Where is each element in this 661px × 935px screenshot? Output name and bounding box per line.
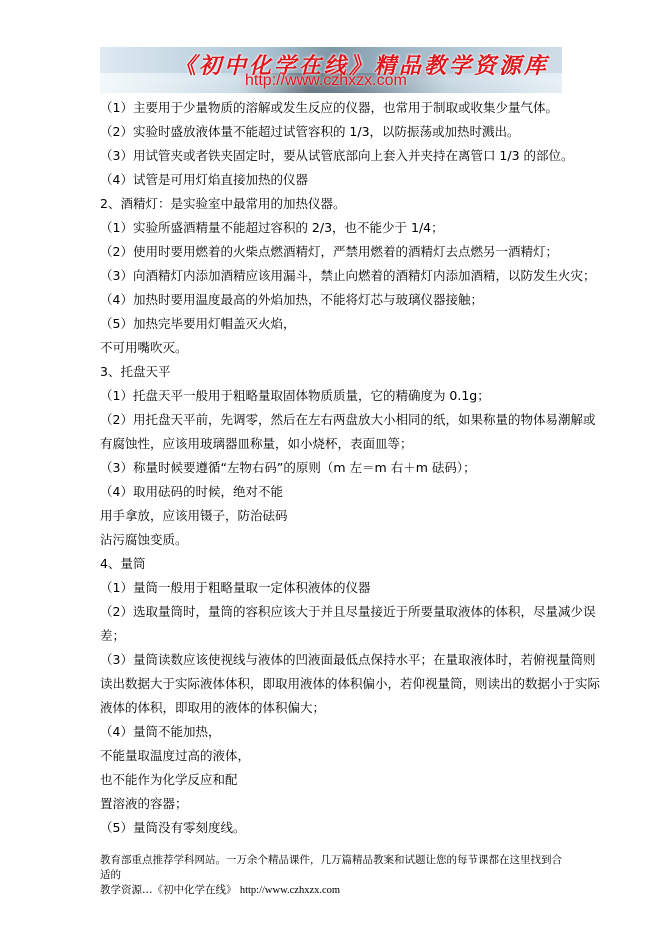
alcohol-lamp-point-5-cont: 不可用嘴吹灭。 <box>100 336 570 360</box>
footer-promo-line2: 教学资源…《初中化学在线》 http://www.czhxzx.com <box>100 883 570 898</box>
page-footer: 教育部重点推荐学科网站。一万余个精品课件，几万篇精品教案和试题让您的每节课都在这… <box>100 853 570 898</box>
footer-promo-text: 教育部重点推荐学科网站。一万余个精品课件，几万篇精品教案和试题让您的每节课都在这… <box>100 853 570 883</box>
footer-promo-text-2: 教学资源…《初中化学在线》 <box>100 884 237 896</box>
balance-point-2: （2）用托盘天平前，先调零，然后在左右两盘放大小相同的纸，如果称量的物体易潮解或 <box>100 408 570 432</box>
alcohol-lamp-point-5: （5）加热完毕要用灯帽盖灭火焰， <box>100 312 570 336</box>
cylinder-point-4: （4）量筒不能加热， <box>100 720 570 744</box>
alcohol-lamp-point-3: （3）向酒精灯内添加酒精应该用漏斗，禁止向燃着的酒精灯内添加酒精，以防发生火灾； <box>100 264 570 288</box>
cylinder-point-3: （3）量筒读数应该使视线与液体的凹液面最低点保持水平；在量取液体时，若俯视量筒则 <box>100 648 570 672</box>
balance-point-2-cont: 有腐蚀性，应该用玻璃器皿称量，如小烧杯，表面皿等； <box>100 432 570 456</box>
cylinder-point-1: （1）量筒一般用于粗略量取一定体积液体的仪器 <box>100 576 570 600</box>
alcohol-lamp-point-1: （1）实验所盛酒精量不能超过容积的 2/3，也不能少于 1/4； <box>100 216 570 240</box>
document-body: （1）主要用于少量物质的溶解或发生反应的仪器，也常用于制取或收集少量气体。 （2… <box>100 96 570 840</box>
test-tube-point-2: （2）实验时盛放液体量不能超过试管容积的 1/3，以防振荡或加热时溅出。 <box>100 120 570 144</box>
cylinder-point-4-cont-1: 不能量取温度过高的液体， <box>100 744 570 768</box>
cylinder-point-3-cont-2: 液体的体积，即取用的液体的体积偏大； <box>100 696 570 720</box>
banner-url[interactable]: http://www.czhxzx.com <box>245 72 407 90</box>
site-banner: 《初中化学在线》精品教学资源库 http://www.czhxzx.com <box>100 47 562 93</box>
balance-point-4-cont-1: 用手拿放，应该用镊子，防治砝码 <box>100 504 570 528</box>
cylinder-point-5: （5）量筒没有零刻度线。 <box>100 816 570 840</box>
balance-point-3: （3）称量时候要遵循“左物右码”的原则（m 左＝m 右＋m 砝码）； <box>100 456 570 480</box>
alcohol-lamp-point-2: （2）使用时要用燃着的火柴点燃酒精灯，严禁用燃着的酒精灯去点燃另一酒精灯； <box>100 240 570 264</box>
cylinder-point-2-cont: 差； <box>100 624 570 648</box>
balance-point-4: （4）取用砝码的时候，绝对不能 <box>100 480 570 504</box>
section-heading-balance: 3、托盘天平 <box>100 360 570 384</box>
section-heading-graduated-cylinder: 4、量筒 <box>100 552 570 576</box>
alcohol-lamp-point-4: （4）加热时要用温度最高的外焰加热，不能将灯芯与玻璃仪器接触； <box>100 288 570 312</box>
cylinder-point-3-cont-1: 读出数据大于实际液体体积，即取用液体的体积偏小，若仰视量筒，则读出的数据小于实际 <box>100 672 570 696</box>
cylinder-point-4-cont-3: 置溶液的容器； <box>100 792 570 816</box>
balance-point-1: （1）托盘天平一般用于粗略量取固体物质质量，它的精确度为 0.1g； <box>100 384 570 408</box>
balance-point-4-cont-2: 沾污腐蚀变质。 <box>100 528 570 552</box>
cylinder-point-4-cont-2: 也不能作为化学反应和配 <box>100 768 570 792</box>
test-tube-point-1: （1）主要用于少量物质的溶解或发生反应的仪器，也常用于制取或收集少量气体。 <box>100 96 570 120</box>
cylinder-point-2: （2）选取量筒时，量筒的容积应该大于并且尽量接近于所要量取液体的体积，尽量减少误 <box>100 600 570 624</box>
test-tube-point-3: （3）用试管夹或者铁夹固定时，要从试管底部向上套入并夹持在离管口 1/3 的部位… <box>100 144 570 168</box>
footer-url-link[interactable]: http://www.czhxzx.com <box>240 885 340 896</box>
test-tube-point-4: （4）试管是可用灯焰直接加热的仪器 <box>100 168 570 192</box>
section-heading-alcohol-lamp: 2、酒精灯：是实验室中最常用的加热仪器。 <box>100 192 570 216</box>
